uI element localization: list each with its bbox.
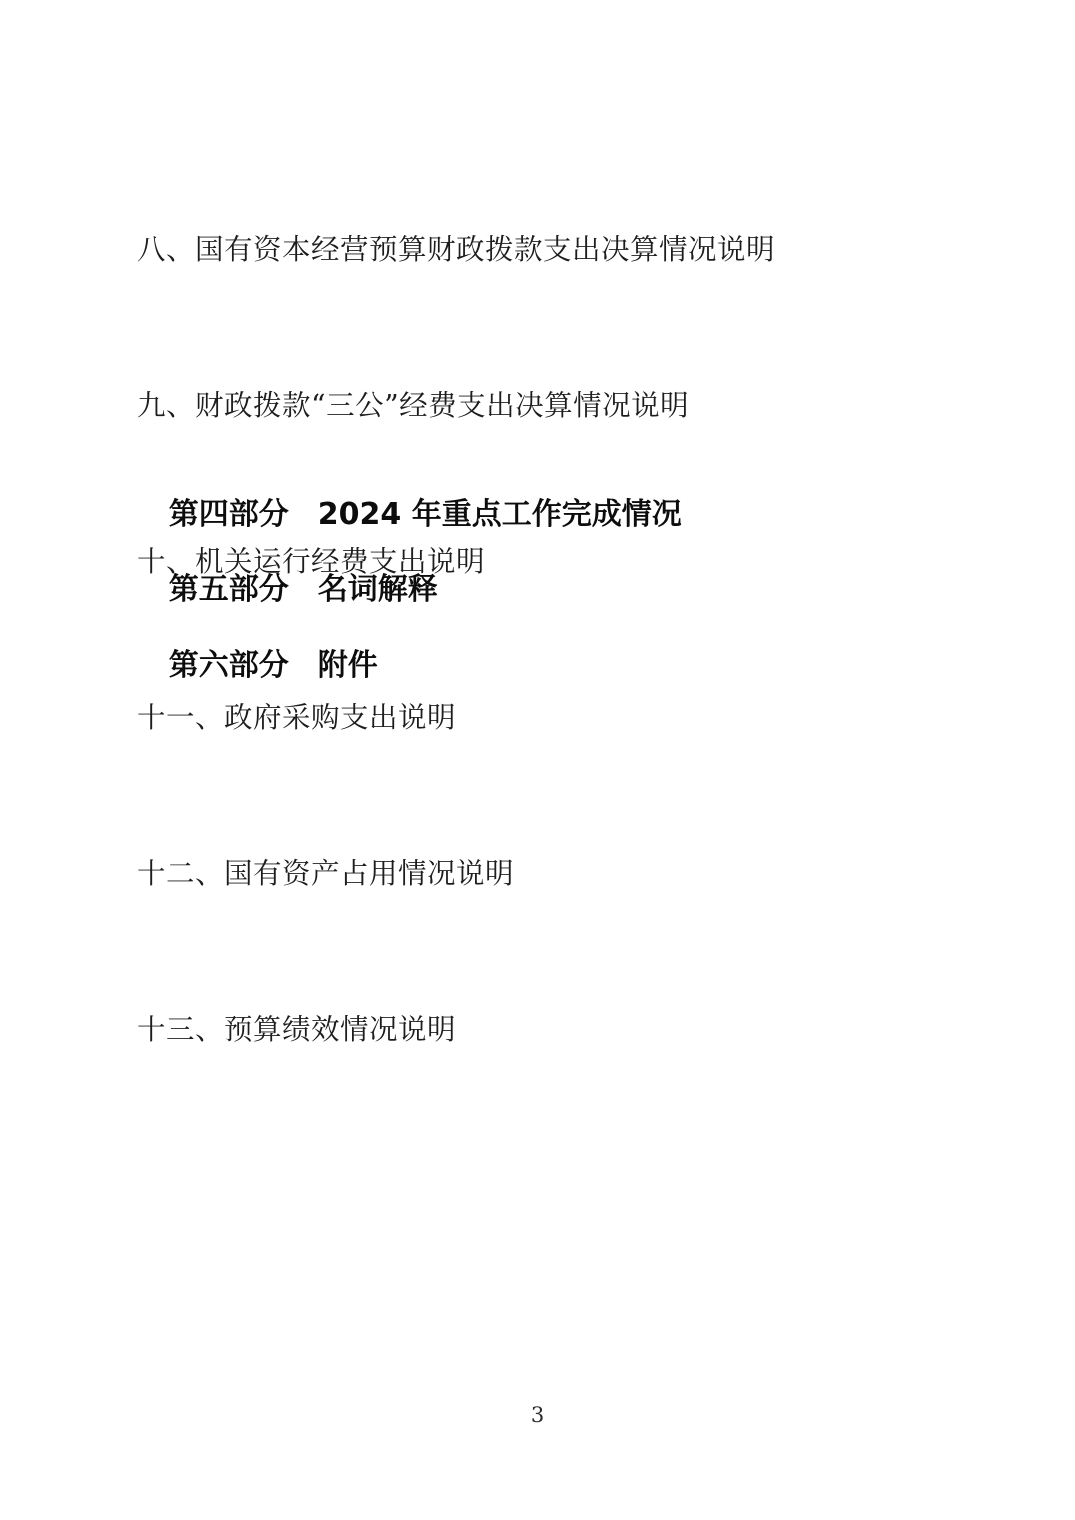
page-number: 3 [0, 1402, 1075, 1428]
section-title: 2024 年重点工作完成情况 [318, 497, 682, 532]
section-title: 名词解释 [318, 572, 438, 607]
document-page: 八、国有资本经营预算财政拨款支出决算情况说明 九、财政拨款“三公”经费支出决算情… [0, 0, 1075, 1520]
section-part-label: 第六部分 [169, 648, 289, 683]
toc-item-8: 八、国有资本经营预算财政拨款支出决算情况说明 [137, 224, 775, 276]
section-part-label: 第五部分 [169, 572, 289, 607]
toc-item-9: 九、财政拨款“三公”经费支出决算情况说明 [137, 380, 775, 432]
section-part-label: 第四部分 [169, 497, 289, 532]
section-heading-part6: 第六部分附件 [127, 618, 378, 714]
section-title: 附件 [318, 648, 378, 683]
toc-item-12: 十二、国有资产占用情况说明 [137, 848, 775, 900]
toc-item-13: 十三、预算绩效情况说明 [137, 1004, 775, 1056]
